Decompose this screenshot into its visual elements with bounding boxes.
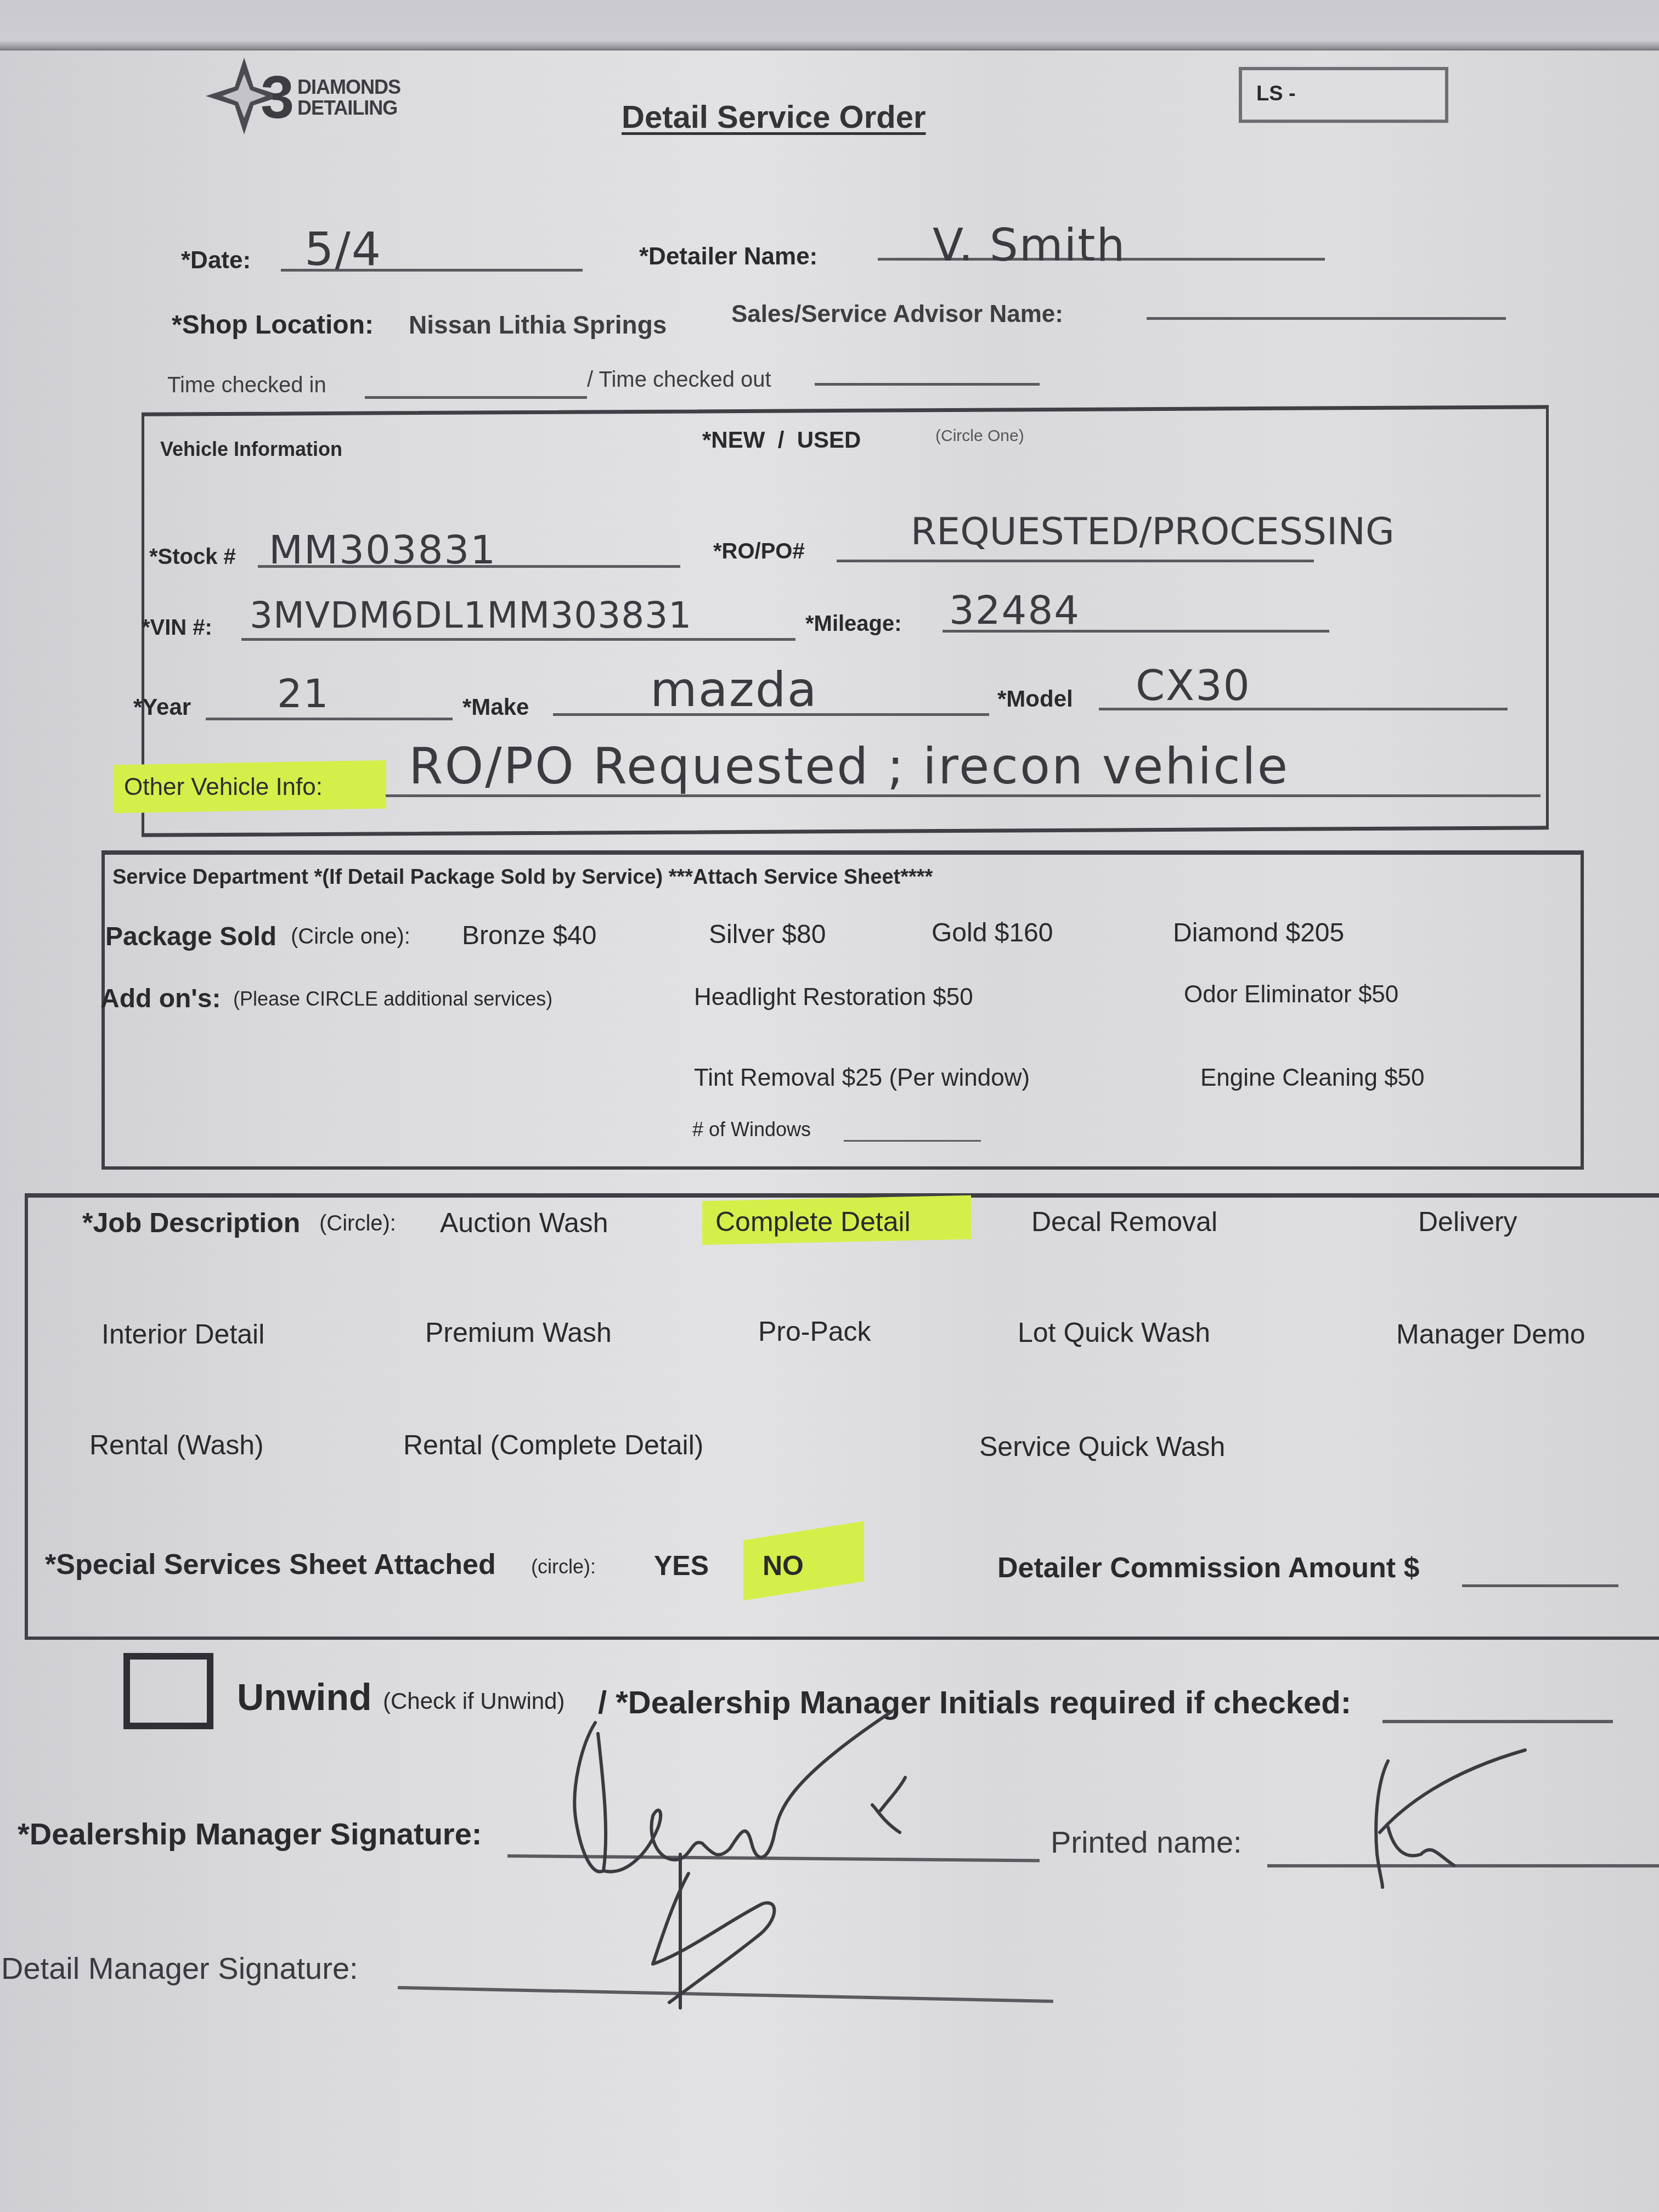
job-pro-pack[interactable]: Pro-Pack — [758, 1316, 871, 1347]
job-interior-detail[interactable]: Interior Detail — [101, 1318, 264, 1350]
vin-field[interactable]: 3MVDM6DL1MM303831 — [250, 594, 692, 636]
new-used-hint: (Circle One) — [935, 427, 1024, 445]
advisor-name-label: Sales/Service Advisor Name: — [731, 301, 1063, 328]
detailer-commission-label: Detailer Commission Amount $ — [997, 1551, 1420, 1584]
page-title: Detail Service Order — [622, 99, 926, 136]
logo-numeral: 3 — [261, 63, 294, 132]
time-in-label: Time checked in — [167, 373, 326, 398]
year-line — [206, 718, 453, 720]
job-service-quick-wash[interactable]: Service Quick Wash — [979, 1431, 1225, 1463]
job-description-label: *Job Description — [82, 1207, 300, 1239]
mileage-label: *Mileage: — [805, 612, 902, 636]
package-diamond[interactable]: Diamond $205 — [1173, 918, 1344, 948]
windows-count-line[interactable] — [844, 1140, 981, 1142]
detail-manager-signature-label: Detail Manager Signature: — [1, 1950, 358, 1986]
make-label: *Make — [462, 694, 529, 720]
make-field[interactable]: mazda — [650, 661, 818, 718]
package-bronze[interactable]: Bronze $40 — [462, 921, 597, 951]
other-vehicle-info-field[interactable]: RO/PO Requested ; irecon vehicle — [409, 738, 1289, 795]
unwind-label: Unwind — [237, 1676, 372, 1719]
job-manager-demo[interactable]: Manager Demo — [1396, 1318, 1585, 1350]
order-number-prefix: LS - — [1256, 82, 1296, 106]
addon-odor-eliminator[interactable]: Odor Eliminator $50 — [1184, 981, 1398, 1008]
manager-initials-line[interactable] — [1383, 1720, 1613, 1723]
job-rental-wash[interactable]: Rental (Wash) — [89, 1429, 264, 1461]
job-description-hint: (Circle): — [319, 1211, 396, 1236]
vin-label: *VIN #: — [142, 616, 212, 640]
job-auction-wash[interactable]: Auction Wash — [440, 1207, 608, 1239]
package-gold[interactable]: Gold $160 — [932, 918, 1053, 948]
stock-number-label: *Stock # — [149, 545, 236, 569]
special-services-yes[interactable]: YES — [654, 1550, 709, 1582]
addons-label: Add on's: — [100, 984, 221, 1014]
unwind-hint: (Check if Unwind) — [383, 1688, 565, 1714]
job-lot-quick-wash[interactable]: Lot Quick Wash — [1018, 1317, 1210, 1348]
addon-engine-cleaning[interactable]: Engine Cleaning $50 — [1200, 1064, 1425, 1092]
job-delivery[interactable]: Delivery — [1418, 1206, 1517, 1238]
shop-location-label: *Shop Location: — [172, 310, 374, 340]
package-silver[interactable]: Silver $80 — [709, 919, 826, 950]
order-number-box[interactable]: LS - — [1239, 67, 1448, 123]
printed-name-line[interactable] — [1267, 1864, 1659, 1867]
addon-headlight-restoration[interactable]: Headlight Restoration $50 — [694, 984, 973, 1011]
year-field[interactable]: 21 — [277, 670, 330, 716]
job-premium-wash[interactable]: Premium Wash — [425, 1317, 612, 1348]
advisor-name-line[interactable] — [1147, 317, 1506, 320]
ro-po-field[interactable]: REQUESTED/PROCESSING — [911, 510, 1395, 554]
job-complete-detail[interactable]: Complete Detail — [715, 1206, 911, 1238]
ro-po-label: *RO/PO# — [713, 539, 805, 564]
time-out-line[interactable] — [815, 383, 1040, 386]
dealer-signature-label: *Dealership Manager Signature: — [18, 1816, 482, 1852]
logo-line-2: DETAILING — [297, 97, 397, 120]
special-services-no[interactable]: NO — [763, 1550, 804, 1582]
model-field[interactable]: CX30 — [1136, 661, 1251, 710]
year-label: *Year — [133, 694, 191, 720]
mileage-field[interactable]: 32484 — [949, 587, 1080, 633]
job-decal-removal[interactable]: Decal Removal — [1031, 1206, 1217, 1238]
detailer-commission-line[interactable] — [1462, 1584, 1618, 1587]
date-label: *Date: — [181, 247, 251, 274]
company-logo: 3 DIAMONDS DETAILING — [203, 55, 433, 137]
time-in-line[interactable] — [365, 396, 587, 399]
ro-po-line — [837, 560, 1314, 562]
vehicle-info-heading: Vehicle Information — [160, 438, 342, 461]
unwind-checkbox[interactable] — [123, 1653, 213, 1729]
printed-name-label: Printed name: — [1051, 1824, 1242, 1860]
package-sold-label: Package Sold — [105, 922, 276, 952]
logo-line-1: DIAMONDS — [297, 76, 400, 99]
detailer-name-label: *Detailer Name: — [639, 243, 817, 270]
package-sold-hint: (Circle one): — [291, 924, 410, 949]
manager-initials-label: / *Dealership Manager Initials required … — [598, 1684, 1351, 1721]
vin-line — [241, 638, 795, 641]
other-vehicle-info-label: Other Vehicle Info: — [124, 774, 323, 801]
new-used-selector[interactable]: *NEW / USED — [702, 427, 861, 453]
model-label: *Model — [997, 686, 1073, 712]
windows-count-label: # of Windows — [692, 1118, 811, 1141]
detailer-name-field[interactable]: V. Smith — [933, 219, 1126, 272]
addons-hint: (Please CIRCLE additional services) — [233, 988, 552, 1011]
shop-location-value: Nissan Lithia Springs — [409, 310, 667, 340]
paper-top-edge — [0, 0, 1659, 50]
special-services-label: *Special Services Sheet Attached — [45, 1548, 496, 1581]
special-services-hint: (circle): — [531, 1555, 596, 1578]
stock-number-field[interactable]: MM303831 — [269, 527, 496, 573]
job-rental-complete-detail[interactable]: Rental (Complete Detail) — [403, 1429, 703, 1461]
time-out-label: / Time checked out — [587, 368, 771, 392]
addon-tint-removal[interactable]: Tint Removal $25 (Per window) — [694, 1064, 1030, 1092]
date-field[interactable]: 5/4 — [304, 222, 382, 276]
service-department-heading: Service Department *(If Detail Package S… — [112, 866, 933, 889]
